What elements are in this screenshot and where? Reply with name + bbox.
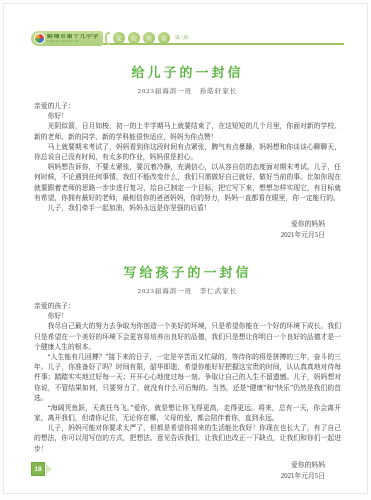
letter-body: 亲爱的孩子： 你好！ 我尽自己最大的努力去争取为你创造一个美好的环境，只是希望你… [34,302,341,455]
page-arrow-icon [46,464,52,474]
section-badges: 家 校 共 育 第八期 [113,32,189,44]
section-badge-icon: 家 [113,32,125,44]
letter-to-son: 给儿子的一封信 2023届海滨一班 孙皓轩家长 亲爱的儿子： 你好！ 光阴似箭，… [34,62,341,242]
letter-body: 亲爱的儿子： 你好！ 光阴似箭，日月如梭，初一的上半学期马上就要结束了，在这短短… [34,102,341,214]
school-banner: 蚌埠市第十九中学 DISHIJIU ZHONGXUE [31,31,103,46]
magazine-page: 蚌埠市第十九中学 DISHIJIU ZHONGXUE 家 校 共 育 第八期 给… [0,0,371,500]
bracket-icon [105,32,110,45]
letter-paragraph: 光阴似箭，日月如梭，初一的上半学期马上就要结束了，在这短短的几个月里，你面对新的… [34,122,341,142]
letter-byline: 2023届海滨一班 孙皓轩家长 [34,86,341,95]
issue-label: 第八期 [175,35,189,41]
section-badge-icon: 校 [128,32,140,44]
page-sheet: 蚌埠市第十九中学 DISHIJIU ZHONGXUE 家 校 共 育 第八期 给… [3,3,368,494]
page-number-badge: 18 [31,462,45,476]
letter-paragraph: 儿子，妈妈可能对你要求太严了，但都是希望你将来的生活能比我好！你现在也长大了，有… [34,424,341,455]
letter-paragraph: “人生能有几回搏？”接下来的日子，一定是辛苦而又忙碌的，等待你的将是拼搏的三年，… [34,353,341,404]
school-name-block: 蚌埠市第十九中学 DISHIJIU ZHONGXUE [47,34,99,43]
letter-signoff: 爱你的妈妈 2021年元月5日 [34,220,341,242]
letter-salutation: 亲爱的孩子： [34,302,341,312]
letter-greeting: 你好！ [34,312,341,322]
letter-title: 给儿子的一封信 [34,62,341,81]
section-badge-icon: 共 [143,32,155,44]
letter-greeting: 你好！ [34,112,341,122]
letter-title: 写给孩子的一封信 [34,262,341,281]
letter-paragraph: 我尽自己最大的努力去争取为你创造一个美好的环境，只是希望你能在一个好的环境下成长… [34,322,341,353]
letter-salutation: 亲爱的儿子： [34,102,341,112]
page-footer: 18 [31,462,52,476]
signoff-name: 爱你的妈妈 [34,220,325,231]
section-badge-icon: 育 [158,32,170,44]
letter-paragraph: 儿子，我们牵手一起加油，妈妈永远是你坚强的后盾！ [34,204,341,214]
signoff-date: 2021年元月5日 [34,472,325,483]
school-logo-icon [34,33,45,44]
letter-to-child: 写给孩子的一封信 2023届海滨一班 李仁武家长 亲爱的孩子： 你好！ 我尽自己… [34,262,341,483]
letter-paragraph: “海阔凭鱼跃，天高任鸟飞。”爱你，就是想让你飞得更高，走得更远。将来，总有一天，… [34,404,341,424]
signoff-name: 爱你的妈妈 [34,461,325,472]
letter-signoff: 爱你的妈妈 2021年元月5日 [34,461,341,483]
signoff-date: 2021年元月5日 [34,231,325,242]
page-header: 蚌埠市第十九中学 DISHIJIU ZHONGXUE 家 校 共 育 第八期 [31,31,344,47]
letter-paragraph: 妈妈想告诉你，不要太紧张，要沉着冷静，充满信心，以从容自信的态度面对期末考试。儿… [34,163,341,204]
letter-paragraph: 马上就要期末考试了，妈妈看到你这段时间有点紧张，脾气有点暴躁，妈妈想和你谈谈心聊… [34,143,341,163]
letter-byline: 2023届海滨一班 李仁武家长 [34,286,341,295]
school-name-latin: DISHIJIU ZHONGXUE [47,40,94,43]
